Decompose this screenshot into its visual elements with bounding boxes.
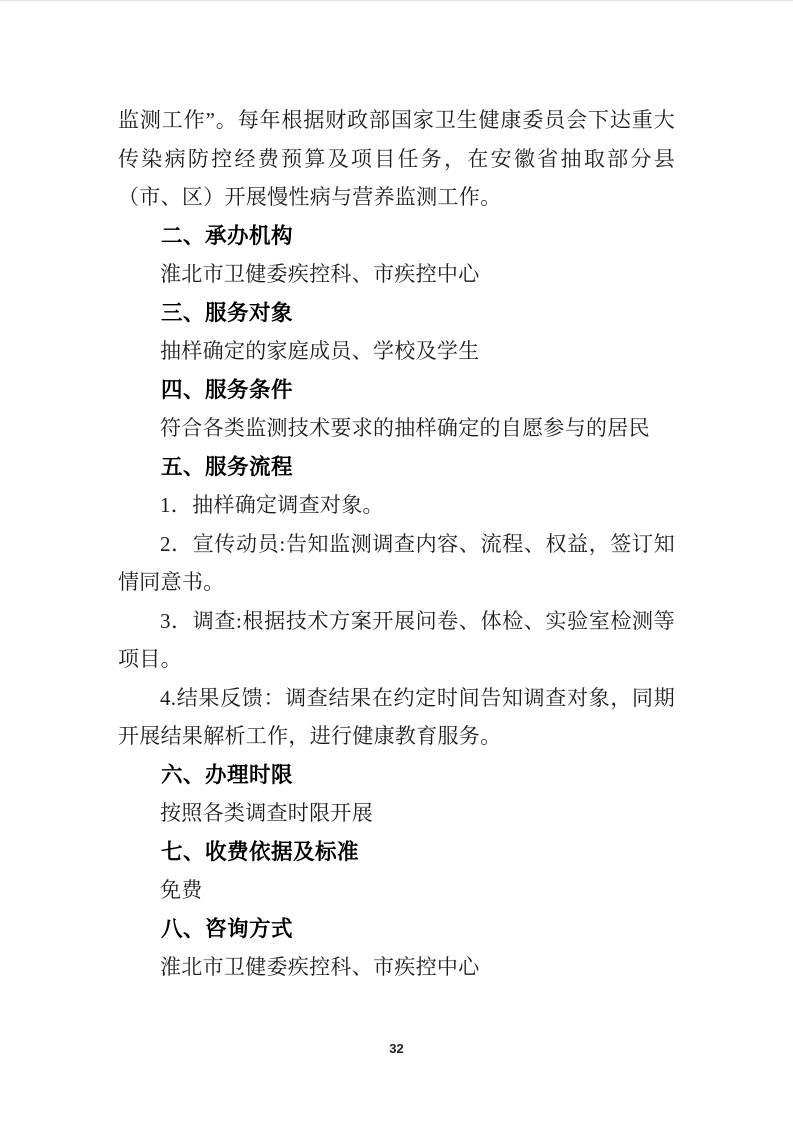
paragraph-fee-basis-standard: 免费 <box>118 871 675 910</box>
service-process-step-2: 2．宣传动员:告知监测调查内容、流程、权益，签订知情同意书。 <box>118 525 675 602</box>
paragraph-service-conditions: 符合各类监测技术要求的抽样确定的自愿参与的居民 <box>118 409 675 448</box>
heading-processing-time-limit: 六、办理时限 <box>118 756 675 795</box>
paragraph-undertaking-agency: 淮北市卫健委疾控科、市疾控中心 <box>118 255 675 294</box>
paragraph-consultation-method: 淮北市卫健委疾控科、市疾控中心 <box>118 948 675 987</box>
service-process-step-1: 1．抽样确定调查对象。 <box>118 486 675 525</box>
heading-service-conditions: 四、服务条件 <box>118 371 675 410</box>
heading-consultation-method: 八、咨询方式 <box>118 910 675 949</box>
continuation-paragraph: 监测工作”。每年根据财政部国家卫生健康委员会下达重大传染病防控经费预算及项目任务… <box>118 101 675 217</box>
heading-service-target: 三、服务对象 <box>118 294 675 333</box>
paragraph-processing-time-limit: 按照各类调查时限开展 <box>118 794 675 833</box>
document-page: 监测工作”。每年根据财政部国家卫生健康委员会下达重大传染病防控经费预算及项目任务… <box>0 0 793 1122</box>
document-body: 监测工作”。每年根据财政部国家卫生健康委员会下达重大传染病防控经费预算及项目任务… <box>118 101 675 987</box>
page-number: 32 <box>389 1041 403 1057</box>
heading-undertaking-agency: 二、承办机构 <box>118 217 675 256</box>
service-process-step-4: 4.结果反馈：调查结果在约定时间告知调查对象，同期开展结果解析工作，进行健康教育… <box>118 679 675 756</box>
page-footer: 32 <box>0 1040 793 1058</box>
heading-fee-basis-standard: 七、收费依据及标准 <box>118 833 675 872</box>
paragraph-service-target: 抽样确定的家庭成员、学校及学生 <box>118 332 675 371</box>
service-process-step-3: 3．调查:根据技术方案开展问卷、体检、实验室检测等项目。 <box>118 602 675 679</box>
heading-service-process: 五、服务流程 <box>118 448 675 487</box>
